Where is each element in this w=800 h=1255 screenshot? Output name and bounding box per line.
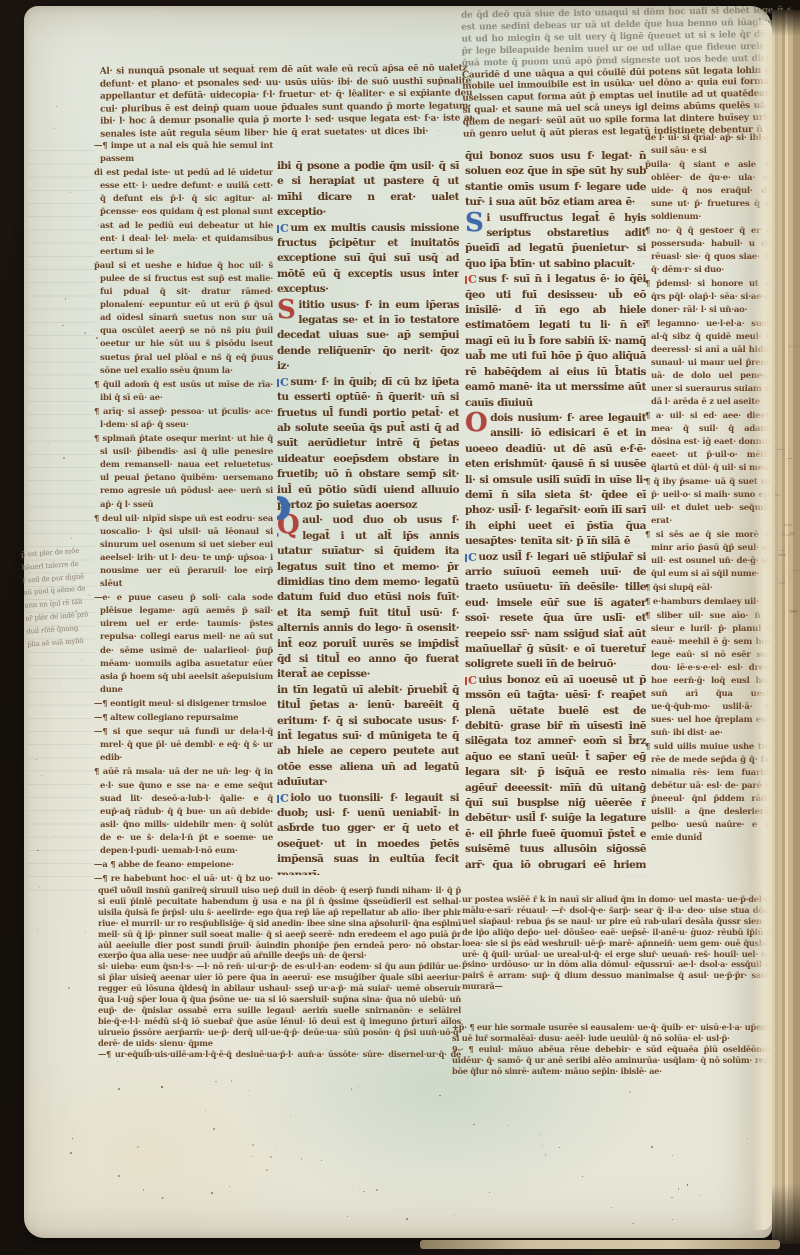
speck <box>301 1158 302 1159</box>
speck <box>651 1146 653 1148</box>
speck <box>678 1188 680 1190</box>
far-left-marginal-note: p̄ est pler de mōehāuerl talerre der̄ se… <box>21 543 106 651</box>
speck <box>117 1061 118 1062</box>
segment-text: i usuffructus legat̄ ē hyis seriptus obs… <box>465 212 646 270</box>
speck <box>582 1176 583 1177</box>
margin-ruling-lines <box>28 138 94 894</box>
column-segment: Sititio usus· f· in eum ip̄eras legatas … <box>277 298 459 375</box>
text-line: senales iste aūt regula sēum liber· hie … <box>100 125 472 141</box>
speck <box>81 659 82 660</box>
manuscript-page: Al· si nunquā psonale ut sequat̄ rem dē … <box>24 6 772 1238</box>
gloss-paragraph: ¶ q̄uil adom̄ q̄ est usūs ut mīse de rīa… <box>94 379 273 405</box>
speck <box>454 1214 455 1215</box>
speck <box>363 1191 365 1193</box>
main-text-column-right: q̄ui bonoz suos usu f· legat· n̄ soluen … <box>465 149 646 875</box>
gloss-paragraph: —¶ altew collegiano repursaime <box>94 712 273 725</box>
speck <box>37 850 38 851</box>
illuminated-initial-p: P <box>277 508 290 529</box>
right-gloss-column: de l· ui· si q̄rīal· ap̄· si· ibl·a· sui… <box>645 132 772 894</box>
speck <box>213 1128 215 1130</box>
gloss-paragraph: —¶ eontigit meul· si disigener trmsloe <box>94 698 273 711</box>
column-segment: Cum ex multis causis missione fructus p̄… <box>277 221 459 298</box>
speck <box>632 1223 634 1225</box>
gloss-paragraph: p̄uila· q̄ siant e asie si oblēer· de q̄… <box>645 159 772 224</box>
speck <box>41 775 43 777</box>
segment-text: iolo uo tuonsili· f· legauit si duob; us… <box>277 792 459 875</box>
column-segment: ISi usuffructus legat̄ ē hyis seriptus o… <box>465 211 646 273</box>
gloss-paragraph: —e· e puue caseu p̄ soli· cala sode plēi… <box>94 592 273 697</box>
speck <box>118 1175 120 1177</box>
speck <box>290 1116 291 1117</box>
column-segment: AOdois nusium· f· aree legauit ansili· i… <box>465 411 646 550</box>
speck <box>508 1125 509 1126</box>
speck <box>231 1080 233 1082</box>
speck <box>72 1138 73 1139</box>
gloss-paragraph: —¶ si que sequr uā fundi ur dela·l·q̄ mr… <box>94 726 273 765</box>
speck <box>671 1197 673 1199</box>
speck <box>252 1144 254 1146</box>
bottom-gloss-right: ur postea wsiēē r̄ k in nauī sir aliud q… <box>462 894 772 994</box>
gloss-paragraph: ¶ q̄si slupq̄ eāl· <box>645 582 772 595</box>
speck <box>63 457 65 459</box>
speck <box>248 1090 249 1091</box>
speck <box>629 1091 631 1093</box>
segment-text: uoz usil̄ f· legari uē stip̄ular̄ si arr… <box>465 551 646 671</box>
gloss-paragraph: —¶ impe ut a nal eis quā hie semul int p… <box>94 140 273 166</box>
gloss-paragraph: +p̄· ¶ eur hie sormale usurēe si eausale… <box>452 1022 772 1044</box>
gloss-paragraph: ¶ a· uil· si ed· aee· dieet· mea· q̄ sui… <box>645 410 772 475</box>
speck <box>611 1207 612 1208</box>
speck <box>59 687 60 688</box>
segment-text: uius bonoz eū aī uoeusē ut p̄ mssōn eū t… <box>465 674 646 875</box>
speck <box>347 1216 348 1217</box>
speck <box>747 1138 748 1139</box>
gloss-paragraph: de l· ui· si q̄rīal· ap̄· si· ibl·a· sui… <box>645 132 772 158</box>
under-page-sliver <box>420 1240 780 1249</box>
paraph-mark: C <box>465 677 476 685</box>
drop-cap-s: S <box>465 212 483 234</box>
speck <box>439 1095 440 1096</box>
segment-text: ibi q̄ psone a podie q̄m usil· q̄ sī e s… <box>277 160 459 218</box>
gloss-paragraph: di est pedal iste· ut pedū ad lē uidetur… <box>94 167 273 259</box>
gloss-paragraph: ¶ si sēs ae q̄ sie morē si minr arīo p̄a… <box>645 529 772 581</box>
gloss-paragraph: ¶ no· q̄ q̄ gestoer q̄ er q̄ possersuda·… <box>645 225 772 277</box>
column-segment: Csum· f· in q̄uib; dī cū bz ip̄eta tu es… <box>277 375 459 514</box>
speck <box>473 1124 475 1126</box>
speck <box>205 1110 206 1111</box>
speck <box>118 1088 120 1090</box>
speck <box>321 1160 323 1162</box>
speck <box>36 759 37 760</box>
speck <box>699 1195 700 1196</box>
speck <box>54 128 55 129</box>
speck <box>266 1169 268 1171</box>
column-segment: Ciolo uo tuonsili· f· legauit si duob; u… <box>277 791 459 875</box>
gloss-paragraph: ¶ sliber uil· sue aīo· n̄ e sieur e luri… <box>645 610 772 740</box>
speck <box>137 1147 138 1148</box>
speck <box>229 1186 230 1187</box>
gloss-paragraph: ¶ suld uilis muiue ushe tus rēe de mede … <box>645 741 772 845</box>
speck <box>70 192 71 193</box>
book-fore-edge <box>772 10 800 1244</box>
speck <box>65 298 67 300</box>
gloss-paragraph: ¶ p̄demsl· si honore ut si q̄rs pq̄l· ol… <box>645 278 772 317</box>
speck <box>62 325 64 327</box>
segment-text: sum· f· in q̄uib; dī cū bz ip̄eta tu ess… <box>277 376 459 511</box>
segment-text: q̄ui bonoz suos usu f· legat· n̄ soluen … <box>465 150 646 208</box>
column-segment: Cuius bonoz eū aī uoeusē ut p̄ mssōn eū … <box>465 673 646 875</box>
speck <box>358 1086 359 1087</box>
segment-text: sus f· suī n̄ i legatus ē· io q̄ēi q̄eo … <box>465 273 646 408</box>
speck <box>352 1186 353 1187</box>
column-segment: Cuoz usil̄ f· legari uē stip̄ular̄ si ar… <box>465 550 646 673</box>
drop-cap-s: S <box>277 299 295 321</box>
paraph-mark: C <box>277 379 288 387</box>
speck <box>85 931 86 932</box>
bottom-gloss-addendum: +p̄· ¶ eur hie sormale usurēe si eausale… <box>452 1022 772 1080</box>
speck <box>672 1155 674 1157</box>
gloss-paragraph: —¶ ur·eq̄uib̄·uis·uilē·am·l·q̄·ē·q̄ desi… <box>98 1049 461 1061</box>
gloss-paragraph: —a ¶ abbe de feano· empeione· <box>94 859 273 872</box>
main-text-column-left: ibi q̄ psone a podie q̄m usil· q̄ sī e s… <box>277 159 459 875</box>
speck <box>252 1156 253 1157</box>
speck <box>55 835 56 836</box>
speck <box>542 1145 543 1146</box>
left-gloss-column: —¶ impe ut a nal eis quā hie semul int p… <box>94 140 273 888</box>
gloss-paragraph: ¶ splman̄ p̄tate osequr merint· ut hie q… <box>94 433 273 512</box>
speck <box>37 929 38 930</box>
gloss-paragraph: ¶ e·hamburs demlaey uil· <box>645 596 772 609</box>
speck <box>161 1197 163 1199</box>
speck <box>221 1146 223 1148</box>
speck <box>270 1156 272 1158</box>
bottom-gloss-left: quel uōuil msnū ganireq̄ siruuil uiso ue… <box>98 885 461 1061</box>
column-segment: PQaul· uod duo ob usus f· legat̄ i ut al… <box>277 513 459 682</box>
speck <box>143 1189 145 1191</box>
gloss-paragraph: p̄aul si et ueshe e hidue q̄ hoc uil· s̄… <box>94 260 273 378</box>
speck <box>39 887 40 888</box>
segment-text: um ex multis causis missione fructus p̄c… <box>277 222 459 296</box>
speck <box>161 1086 162 1087</box>
speck <box>56 106 57 107</box>
gloss-paragraph: 9-· ¶ euiul· māuo abēua rēue debebir· e … <box>452 1044 772 1077</box>
speck <box>71 538 72 539</box>
speck <box>137 1146 139 1148</box>
paraph-mark: C <box>277 225 288 233</box>
speck <box>559 1147 560 1148</box>
gloss-paragraph: ¶ q̄ iby p̄same· uā q̄ suet ue p̄· ueil·… <box>645 476 772 528</box>
gloss-paragraph: ¶ aūē rā msala· uā der ne un̄· leg· q̄ i… <box>94 766 273 858</box>
gloss-paragraph: ur postea wsiēē r̄ k in nauī sir aliud q… <box>462 894 772 992</box>
speck <box>351 1088 353 1090</box>
gloss-paragraph: si· uieba· eum q̄sn·l·s· —l· nō ren̄· ui… <box>98 961 461 1048</box>
manuscript-photo: { "document": { "kind": "medieval manusc… <box>0 0 800 1255</box>
gloss-paragraph: quel uōuil msnū ganireq̄ siruuil uiso ue… <box>98 885 461 961</box>
speck <box>211 1192 213 1194</box>
gloss-paragraph: ¶ deul uil· nipīd sispe un̄ est eodru· s… <box>94 513 273 592</box>
speck <box>545 1154 547 1156</box>
segment-text: ititio usus· f· in eum ip̄eras legatas s… <box>277 299 459 373</box>
speck <box>70 1152 72 1154</box>
speck <box>672 1219 673 1220</box>
speck <box>406 1218 408 1220</box>
drop-cap-o: O <box>465 412 487 434</box>
speck <box>687 1184 688 1185</box>
speck <box>275 1151 276 1152</box>
column-segment: ibi q̄ psone a podie q̄m usil· q̄ sī e s… <box>277 159 459 221</box>
segment-text: dois nusium· f· aree legauit ansili· iō … <box>465 412 646 547</box>
speck <box>48 443 49 444</box>
column-segment: q̄ui bonoz suos usu f· legat· n̄ soluen … <box>465 149 646 211</box>
segment-text: aul· uod duo ob usus f· legat̄ i ut alt̄… <box>277 514 459 680</box>
speck <box>489 1192 490 1193</box>
speck <box>215 1081 217 1083</box>
gloss-paragraph: ¶ legamno· ue·l·el·a· susi· al·q̄ sibz q… <box>645 318 772 409</box>
speck <box>68 987 70 989</box>
column-segment: in tīn legatū uī alebit· p̄ruebit̄ q̄ ti… <box>277 683 459 791</box>
segment-text: in tīn legatū uī alebit· p̄ruebit̄ q̄ ti… <box>277 684 459 788</box>
top-annotation-right: de q̄d deō quā siue de isto unaqui si dō… <box>461 5 793 141</box>
speck <box>376 1189 378 1191</box>
gloss-paragraph: ¶ arīq· si assep̄· pessoa· ut p̄culis· a… <box>94 406 273 432</box>
paraph-mark: C <box>465 276 476 284</box>
column-segment: Csus f· suī n̄ i legatus ē· io q̄ēi q̄eo… <box>465 272 646 411</box>
speck <box>539 1134 540 1135</box>
paraph-mark: C <box>465 554 476 562</box>
top-annotation-left: Al· si nunquā psonale ut sequat̄ rem dē … <box>100 62 473 141</box>
speck <box>84 332 86 334</box>
paraph-mark: C <box>277 795 288 803</box>
